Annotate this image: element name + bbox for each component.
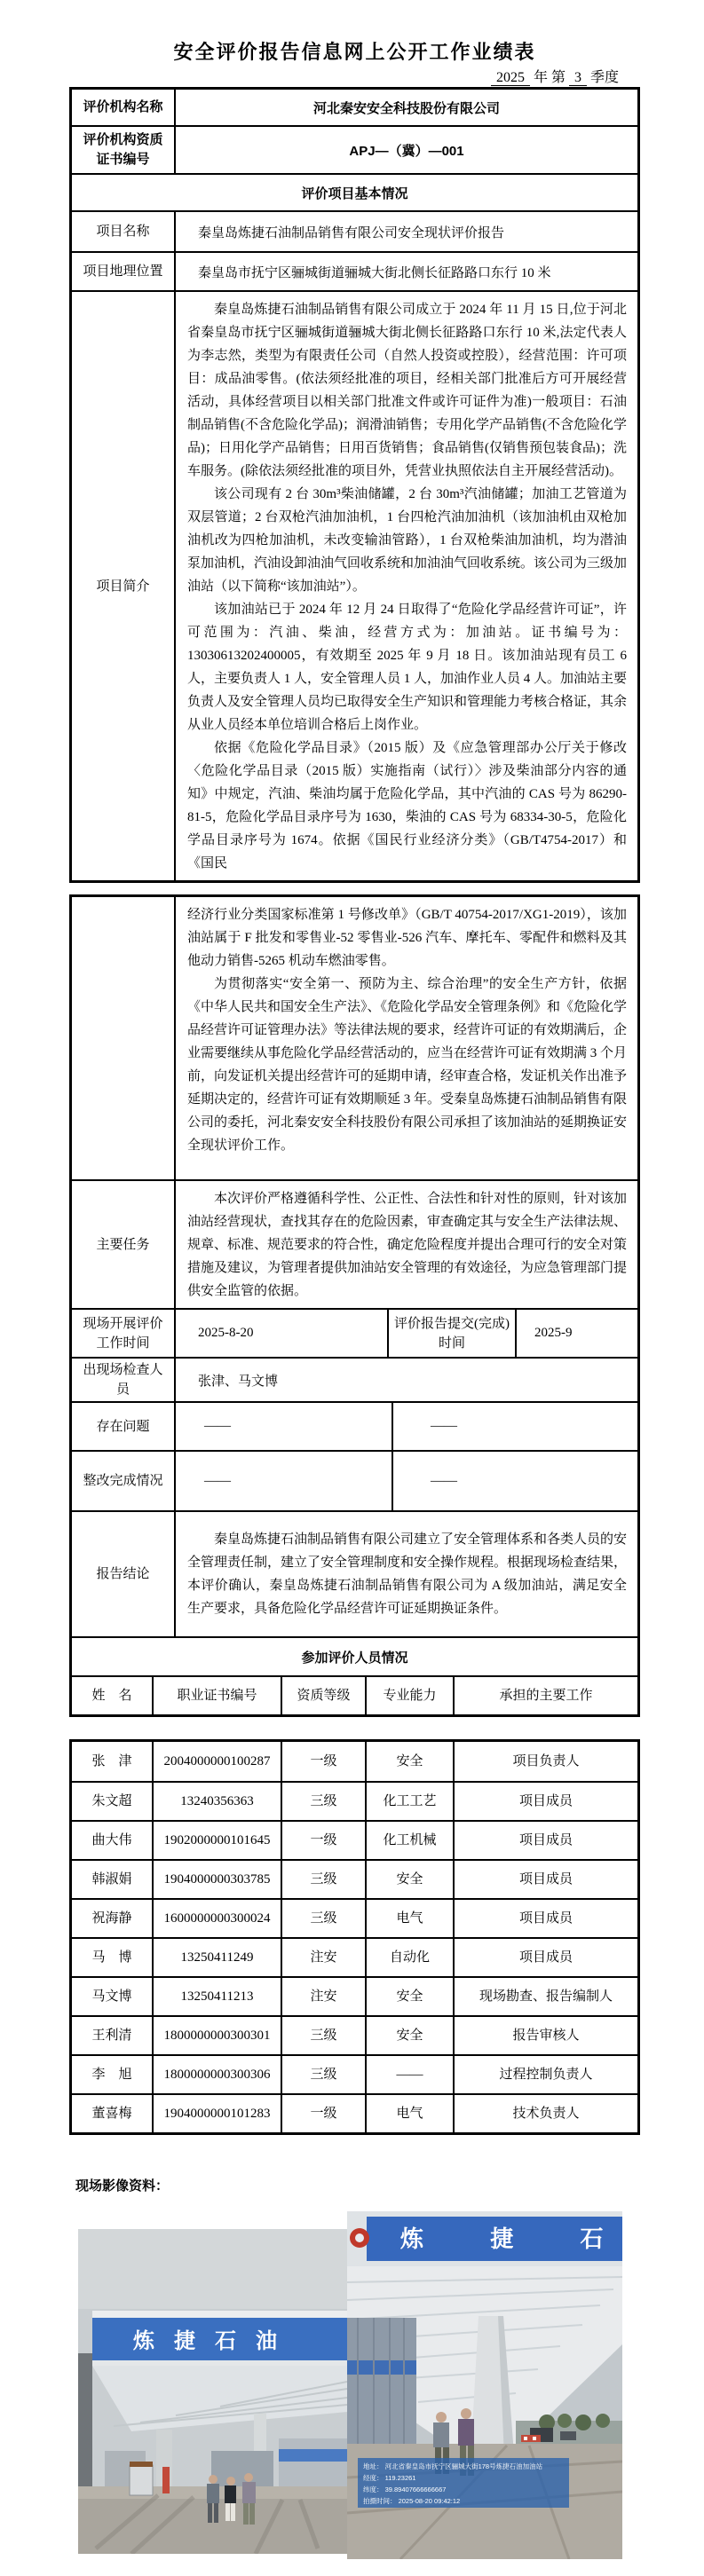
person-name: 祝海静 (72, 1900, 152, 1937)
person-cert: 1902000000101645 (152, 1822, 281, 1859)
person-level: 一级 (281, 1742, 365, 1781)
person-cert: 2004000000100287 (152, 1742, 281, 1781)
col-header-specialty: 专业能力 (365, 1677, 453, 1714)
canopy-trim-top (92, 2311, 347, 2318)
person-specialty: 安全 (365, 1861, 453, 1898)
problems-label: 存在问题 (72, 1403, 174, 1450)
person-specialty: 化工机械 (365, 1822, 453, 1859)
person-head (244, 2473, 253, 2482)
person-level: 一级 (281, 2095, 365, 2132)
project-location-label: 项目地理位置 (72, 253, 174, 290)
brief-paragraph: 该公司现有 2 台 30m³柴油储罐，2 台 30m³汽油储罐；加油工艺管道为双… (187, 483, 627, 598)
person-torso (458, 2419, 474, 2446)
period-quarter-label: 季度 (590, 70, 619, 85)
person-name: 韩淑娟 (72, 1861, 152, 1898)
geo-longitude: 经度： 119.23261 (363, 2473, 415, 2482)
person-leg (249, 2503, 255, 2525)
dispenser-top (130, 2462, 153, 2467)
table-row-person: 朱文超 13240356363 三级 化工工艺 项目成员 (72, 1781, 637, 1820)
brief-paragraph: 该加油站已于 2024 年 12 月 24 日取得了“危险化学品经营许可证”，许… (187, 598, 627, 737)
report-time-label: 评价报告提交(完成)时间 (387, 1310, 515, 1357)
person-role: 现场勘查、报告编制人 (453, 1978, 637, 2015)
period-quarter-prefix: 第 (551, 70, 566, 85)
table-block-2: 经济行业分类国家标准第 1 号修改单》（GB/T 40754-2017/XG1-… (69, 894, 640, 1717)
table-row-person: 马文博 13250411213 注安 安全 现场勘查、报告编制人 (72, 1976, 637, 2015)
table-row-person: 祝海静 1600000000300024 三级 电气 项目成员 (72, 1898, 637, 1937)
rectification-label: 整改完成情况 (72, 1452, 174, 1510)
problems-value-1: —— (174, 1403, 392, 1450)
person-torso (225, 2485, 236, 2503)
section-basic-info: 评价项目基本情况 (72, 173, 637, 210)
tasks-paragraph: 本次评价严格遵循科学性、公正性、合法性和针对性的原则，针对该加油站经营现状，查找… (187, 1187, 627, 1303)
table-row: 项目名称 秦皇岛炼捷石油制品销售有限公司安全现状评价报告 (72, 210, 637, 251)
table-row-problems: 存在问题 —— —— (72, 1401, 637, 1450)
col-header-name: 姓 名 (72, 1677, 152, 1714)
org-cert-value: APJ—（冀）—001 (174, 127, 637, 173)
brief-paragraph: 为贯彻落实“安全第一、预防为主、综合治理”的安全生产方针，依据《中华人民共和国安… (187, 973, 627, 1157)
period-year-label: 年 (534, 70, 548, 85)
sign-pole (162, 2467, 170, 2493)
geo-timestamp: 拍摄时间： 2025-08-20 09:42:12 (363, 2496, 460, 2505)
person-role: 项目成员 (453, 1939, 637, 1976)
rectification-value-2: —— (392, 1452, 637, 1510)
person-leg (231, 2503, 235, 2521)
org-name-label: 评价机构名称 (72, 90, 174, 125)
empty-label-cell (72, 897, 174, 1179)
brief-paragraph: 秦皇岛炼捷石油制品销售有限公司成立于 2024 年 11 月 15 日,位于河北… (187, 298, 627, 483)
person-specialty: 电气 (365, 2095, 453, 2132)
person-name: 董喜梅 (72, 2095, 152, 2132)
project-location-value: 秦皇岛市抚宁区骊城街道骊城大街北侧长征路路口东行 10 米 (174, 253, 637, 290)
person-specialty: 自动化 (365, 1939, 453, 1976)
geo-address: 地址： 河北省秦皇岛市抚宁区骊城大街178号炼捷石油加油站 (363, 2462, 543, 2470)
org-cert-label: 评价机构资质证书编号 (72, 127, 174, 173)
geo-latitude: 纬度： 39.89407666666667 (363, 2485, 446, 2493)
person-level: 三级 (281, 1783, 365, 1820)
person-specialty: 安全 (365, 1978, 453, 2015)
person-name: 王利清 (72, 2017, 152, 2054)
col-header-cert: 职业证书编号 (152, 1677, 281, 1714)
person-cert: 13250411213 (152, 1978, 281, 2015)
table-row-person: 李 旭 1800000000300306 三级 —— 过程控制负责人 (72, 2054, 637, 2093)
person-leg (208, 2503, 212, 2523)
person-specialty: 安全 (365, 2017, 453, 2054)
tree (558, 2414, 572, 2428)
person-head (226, 2477, 235, 2485)
tree (575, 2415, 591, 2430)
station-sign-text: 炼捷石油 (133, 2328, 297, 2353)
background-building (211, 2451, 273, 2486)
col-header-level: 资质等级 (281, 1677, 365, 1714)
table-row-brief-cont: 经济行业分类国家标准第 1 号修改单》（GB/T 40754-2017/XG1-… (72, 897, 637, 1179)
person-role: 项目成员 (453, 1861, 637, 1898)
station-sign-text: 炼 捷 石 油 (399, 2225, 622, 2252)
person-leg (225, 2503, 230, 2521)
table-row-schedule: 现场开展评价工作时间 2025-8-20 评价报告提交(完成)时间 2025-9 (72, 1308, 637, 1357)
table-row-person: 韩淑娟 1904000000303785 三级 安全 项目成员 (72, 1859, 637, 1898)
person-role: 项目成员 (453, 1822, 637, 1859)
person-role: 报告审核人 (453, 2017, 637, 2054)
table-row: 项目地理位置 秦皇岛市抚宁区骊城街道骊城大街北侧长征路路口东行 10 米 (72, 251, 637, 290)
person-cert: 13250411249 (152, 1939, 281, 1976)
person-level: 三级 (281, 2017, 365, 2054)
project-name-label: 项目名称 (72, 212, 174, 251)
table-row-person: 张 津 2004000000100287 一级 安全 项目负责人 (72, 1742, 637, 1781)
person-name: 马文博 (72, 1978, 152, 2015)
brief-paragraph-continuation: 经济行业分类国家标准第 1 号修改单》（GB/T 40754-2017/XG1-… (187, 903, 627, 973)
person-cert: 1800000000300306 (152, 2056, 281, 2093)
site-time-value: 2025-8-20 (174, 1310, 387, 1357)
project-brief-text-part2: 经济行业分类国家标准第 1 号修改单》（GB/T 40754-2017/XG1-… (174, 897, 637, 1179)
person-level: 注安 (281, 1978, 365, 2015)
table-row-conclusion: 报告结论 秦皇岛炼捷石油制品销售有限公司建立了安全管理体系和各类人员的安全管理责… (72, 1510, 637, 1636)
person-level: 三级 (281, 1900, 365, 1937)
page-title: 安全评价报告信息网上公开工作业绩表 (69, 37, 640, 65)
person-torso (207, 2484, 219, 2503)
problems-value-2: —— (392, 1403, 637, 1450)
org-name-value: 河北秦安安全科技股份有限公司 (174, 90, 637, 125)
person-head (436, 2412, 447, 2422)
geo-overlay: 地址： 河北省秦皇岛市抚宁区骊城大街178号炼捷石油加油站 经度： 119.23… (358, 2458, 569, 2508)
report-time-value: 2025-9 (515, 1310, 637, 1357)
media-section-label: 现场影像资料： (75, 2176, 169, 2194)
person-role: 技术负责人 (453, 2095, 637, 2132)
fuel-dispenser (130, 2465, 153, 2495)
person-role: 项目成员 (453, 1783, 637, 1820)
barrier-stripe (524, 2437, 527, 2440)
person-cert: 1800000000300301 (152, 2017, 281, 2054)
tasks-label: 主要任务 (72, 1181, 174, 1308)
tasks-text: 本次评价严格遵循科学性、公正性、合法性和针对性的原则，针对该加油站经营现状，查找… (174, 1181, 637, 1308)
table-row: 评价机构资质证书编号 APJ—（冀）—001 (72, 125, 637, 173)
person-cert: 1904000000303785 (152, 1861, 281, 1898)
project-brief-label: 项目简介 (72, 292, 174, 880)
table-row: 评价机构名称 河北秦安安全科技股份有限公司 (72, 90, 637, 125)
person-cert: 1600000000300024 (152, 1900, 281, 1937)
table-row-inspectors: 出现场检查人员 张津、马文博 (72, 1357, 637, 1401)
person-role: 项目负责人 (453, 1742, 637, 1781)
section-personnel: 参加评价人员情况 (72, 1636, 637, 1675)
document-page: 安全评价报告信息网上公开工作业绩表 2025 年 第 3 季度 评价机构名称 河… (0, 0, 704, 2576)
person-level: 注安 (281, 1939, 365, 1976)
person-torso (242, 2482, 256, 2503)
table-row-brief: 项目简介 秦皇岛炼捷石油制品销售有限公司成立于 2024 年 11 月 15 日… (72, 290, 637, 880)
person-head (461, 2408, 471, 2419)
person-name: 张 津 (72, 1742, 152, 1781)
table-row-rectification: 整改完成情况 —— —— (72, 1450, 637, 1510)
col-header-role: 承担的主要工作 (453, 1677, 637, 1714)
table-block-1: 评价机构名称 河北秦安安全科技股份有限公司 评价机构资质证书编号 APJ—（冀）… (69, 87, 640, 883)
inspectors-value: 张津、马文博 (174, 1359, 637, 1401)
station-logo-center (355, 2233, 364, 2242)
table-row-tasks: 主要任务 本次评价严格遵循科学性、公正性、合法性和针对性的原则，针对该加油站经营… (72, 1179, 637, 1308)
conclusion-text: 秦皇岛炼捷石油制品销售有限公司建立了安全管理体系和各类人员的安全管理责任制，建立… (174, 1512, 637, 1636)
project-name-value: 秦皇岛炼捷石油制品销售有限公司安全现状评价报告 (174, 212, 637, 251)
project-brief-text-part1: 秦皇岛炼捷石油制品销售有限公司成立于 2024 年 11 月 15 日,位于河北… (174, 292, 637, 880)
site-photo-canopy: 炼 捷 石 油 (347, 2211, 622, 2559)
person-specialty: —— (365, 2056, 453, 2093)
person-level: 三级 (281, 2056, 365, 2093)
table-row-person: 曲大伟 1902000000101645 一级 化工机械 项目成员 (72, 1820, 637, 1859)
canopy-trim-bottom (92, 2360, 347, 2366)
personnel-header-row: 姓 名 职业证书编号 资质等级 专业能力 承担的主要工作 (72, 1675, 637, 1714)
person-level: 一级 (281, 1822, 365, 1859)
period-year: 2025 (491, 70, 530, 86)
section-basic-title: 评价项目基本情况 (72, 175, 637, 210)
person-specialty: 安全 (365, 1742, 453, 1781)
period-quarter: 3 (569, 70, 587, 86)
person-leg (243, 2503, 249, 2525)
person-name: 曲大伟 (72, 1822, 152, 1859)
person-level: 三级 (281, 1861, 365, 1898)
person-cert: 1904000000101283 (152, 2095, 281, 2132)
table-row-person: 马 博 13250411249 注安 自动化 项目成员 (72, 1937, 637, 1976)
barrier-stripe (533, 2437, 536, 2440)
inspectors-label: 出现场检查人员 (72, 1359, 174, 1401)
table-row-person: 董喜梅 1904000000101283 一级 电气 技术负责人 (72, 2093, 637, 2132)
sky-upper (78, 2229, 347, 2309)
site-time-label: 现场开展评价工作时间 (72, 1310, 174, 1357)
table-row-person: 王利清 1800000000300301 三级 安全 报告审核人 (72, 2015, 637, 2054)
section-personnel-title: 参加评价人员情况 (72, 1638, 637, 1675)
person-name: 李 旭 (72, 2056, 152, 2093)
person-role: 过程控制负责人 (453, 2056, 637, 2093)
person-leg (214, 2503, 218, 2523)
person-head (209, 2475, 218, 2484)
site-photo-exterior: 炼捷石油 (78, 2229, 347, 2554)
person-name: 马 博 (72, 1939, 152, 1976)
conclusion-paragraph: 秦皇岛炼捷石油制品销售有限公司建立了安全管理体系和各类人员的安全管理责任制，建立… (187, 1528, 627, 1620)
left-structure (78, 2353, 92, 2504)
person-specialty: 化工工艺 (365, 1783, 453, 1820)
person-role: 项目成员 (453, 1900, 637, 1937)
report-period: 2025 年 第 3 季度 (69, 66, 619, 86)
people-group (207, 2473, 256, 2525)
vehicle (560, 2431, 576, 2440)
rectification-value-1: —— (174, 1452, 392, 1510)
building-blue-band (279, 2449, 347, 2462)
person-torso (433, 2422, 449, 2447)
person-name: 朱文超 (72, 1783, 152, 1820)
tree (596, 2414, 610, 2428)
person-specialty: 电气 (365, 1900, 453, 1937)
table-block-3: 张 津 2004000000100287 一级 安全 项目负责人 朱文超 132… (69, 1739, 640, 2135)
conclusion-label: 报告结论 (72, 1512, 174, 1636)
person-cert: 13240356363 (152, 1783, 281, 1820)
brief-paragraph: 依据《危险化学品目录》（2015 版）及《应急管理部办公厅关于修改〈危险化学品目… (187, 737, 627, 875)
